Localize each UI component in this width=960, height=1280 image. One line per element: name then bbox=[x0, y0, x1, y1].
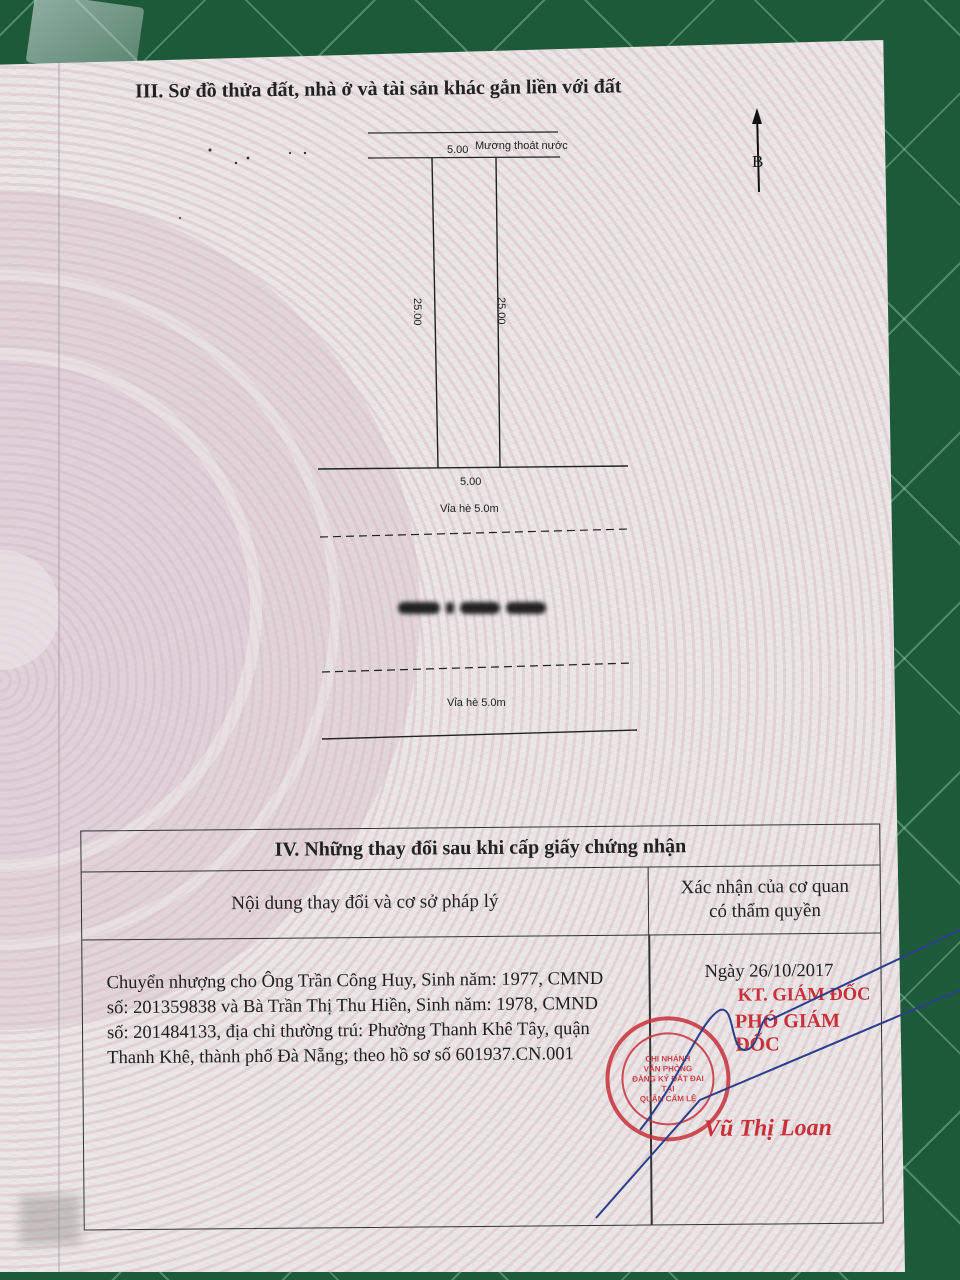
column-header-confirmation: Xác nhận của cơ quan có thẩm quyền bbox=[648, 865, 882, 936]
confirmation-date: Ngày 26/10/2017 bbox=[704, 961, 833, 983]
sidewalk-outer-line bbox=[322, 730, 637, 739]
land-certificate-page: III. Sơ đồ thửa đất, nhà ở và tài sản kh… bbox=[0, 40, 905, 1272]
drainage-label: Mương thoát nước bbox=[475, 140, 568, 152]
content-line: Thanh Khê, thành phố Đà Nẵng; theo hồ sơ… bbox=[107, 1042, 647, 1072]
drainage-top-line bbox=[368, 132, 558, 133]
changes-table: IV. Những thay đổi sau khi cấp giấy chứn… bbox=[80, 824, 883, 1231]
plot-front-line bbox=[318, 466, 628, 469]
seal-line: CHI NHÁNH bbox=[645, 1054, 690, 1064]
seal-line: TẠI bbox=[662, 1084, 675, 1094]
column-header-content: Nội dung thay đổi và cơ sở pháp lý bbox=[82, 867, 649, 941]
right-edge-length: 25.00 bbox=[495, 297, 507, 325]
change-content: Chuyển nhượng cho Ông Trần Công Huy, Sin… bbox=[106, 967, 647, 1072]
seal-line: VĂN PHÒNG bbox=[644, 1064, 693, 1074]
sidewalk-top-label: Vỉa hè 5.0m bbox=[440, 503, 499, 515]
seal-line: QUẬN CẨM LỆ bbox=[640, 1094, 697, 1104]
road-edge-bottom bbox=[322, 663, 634, 672]
seal-line: ĐĂNG KÝ ĐẤT ĐAI bbox=[632, 1074, 704, 1085]
confirmation-header-line2: có thẩm quyền bbox=[709, 899, 821, 924]
land-plot-diagram: 5.00 Mương thoát nước 25.00 25.00 5.00 V… bbox=[0, 40, 905, 800]
bottom-edge-length: 5.00 bbox=[460, 476, 481, 488]
north-arrowhead-icon bbox=[752, 108, 762, 124]
street-name-redacted bbox=[398, 597, 558, 619]
drainage-bottom-line bbox=[368, 157, 560, 158]
confirmation-role-line2: PHÓ GIÁM ĐỐC bbox=[735, 1010, 881, 1057]
top-edge-length: 5.00 bbox=[447, 144, 468, 156]
confirmation-header-line1: Xác nhận của cơ quan bbox=[681, 875, 850, 900]
seal-inner-text: CHI NHÁNH VĂN PHÒNG ĐĂNG KÝ ĐẤT ĐAI TẠI … bbox=[621, 1032, 715, 1126]
road-edge-top bbox=[320, 529, 630, 537]
ink-specks bbox=[179, 149, 306, 220]
sidewalk-bottom-label: Vỉa hè 5.0m bbox=[447, 697, 506, 709]
plot-left-edge bbox=[432, 158, 438, 468]
signer-name: Vũ Thị Loan bbox=[704, 1115, 832, 1143]
north-label: B bbox=[752, 152, 763, 171]
confirmation-role-line1: KT. GIÁM ĐỐC bbox=[738, 985, 871, 1007]
left-edge-length: 25.00 bbox=[411, 298, 423, 326]
section-4-title: IV. Những thay đổi sau khi cấp giấy chứn… bbox=[275, 835, 687, 862]
redacted-corner bbox=[20, 1195, 80, 1245]
